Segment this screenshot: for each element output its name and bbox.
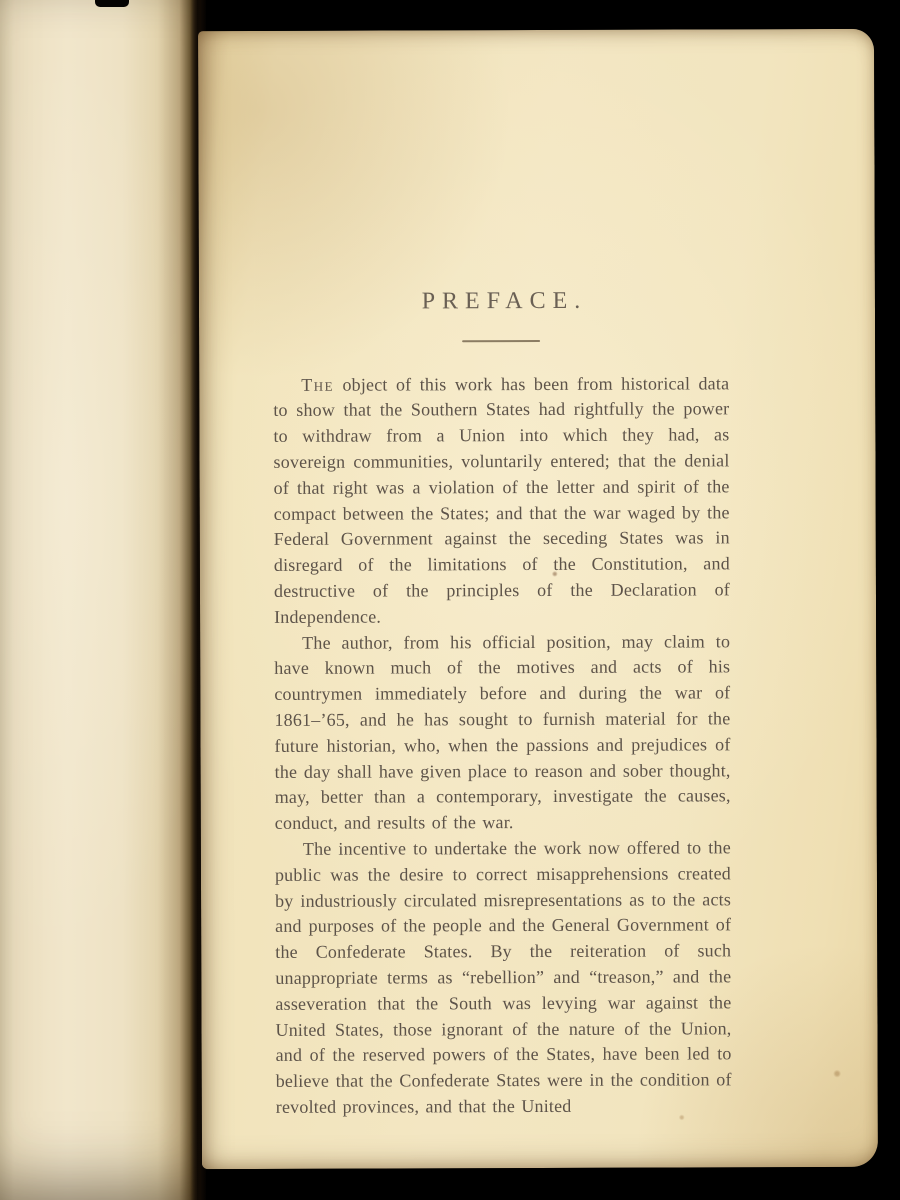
facing-page bbox=[0, 0, 197, 1200]
page-edge-mark bbox=[95, 0, 129, 7]
title-divider bbox=[462, 340, 540, 342]
book-page: PREFACE. The object of this work has bee… bbox=[198, 29, 878, 1169]
paragraph-1: The object of this work has been from hi… bbox=[273, 371, 730, 631]
paragraph-3: The incentive to undertake the work now … bbox=[275, 835, 732, 1120]
lead-word: The bbox=[301, 374, 334, 394]
page-title: PREFACE. bbox=[273, 287, 729, 316]
paragraph-2: The author, from his official position, … bbox=[274, 629, 731, 837]
page-content: PREFACE. The object of this work has bee… bbox=[198, 29, 878, 1121]
paragraph-1-text: object of this work has been from histor… bbox=[273, 373, 730, 627]
